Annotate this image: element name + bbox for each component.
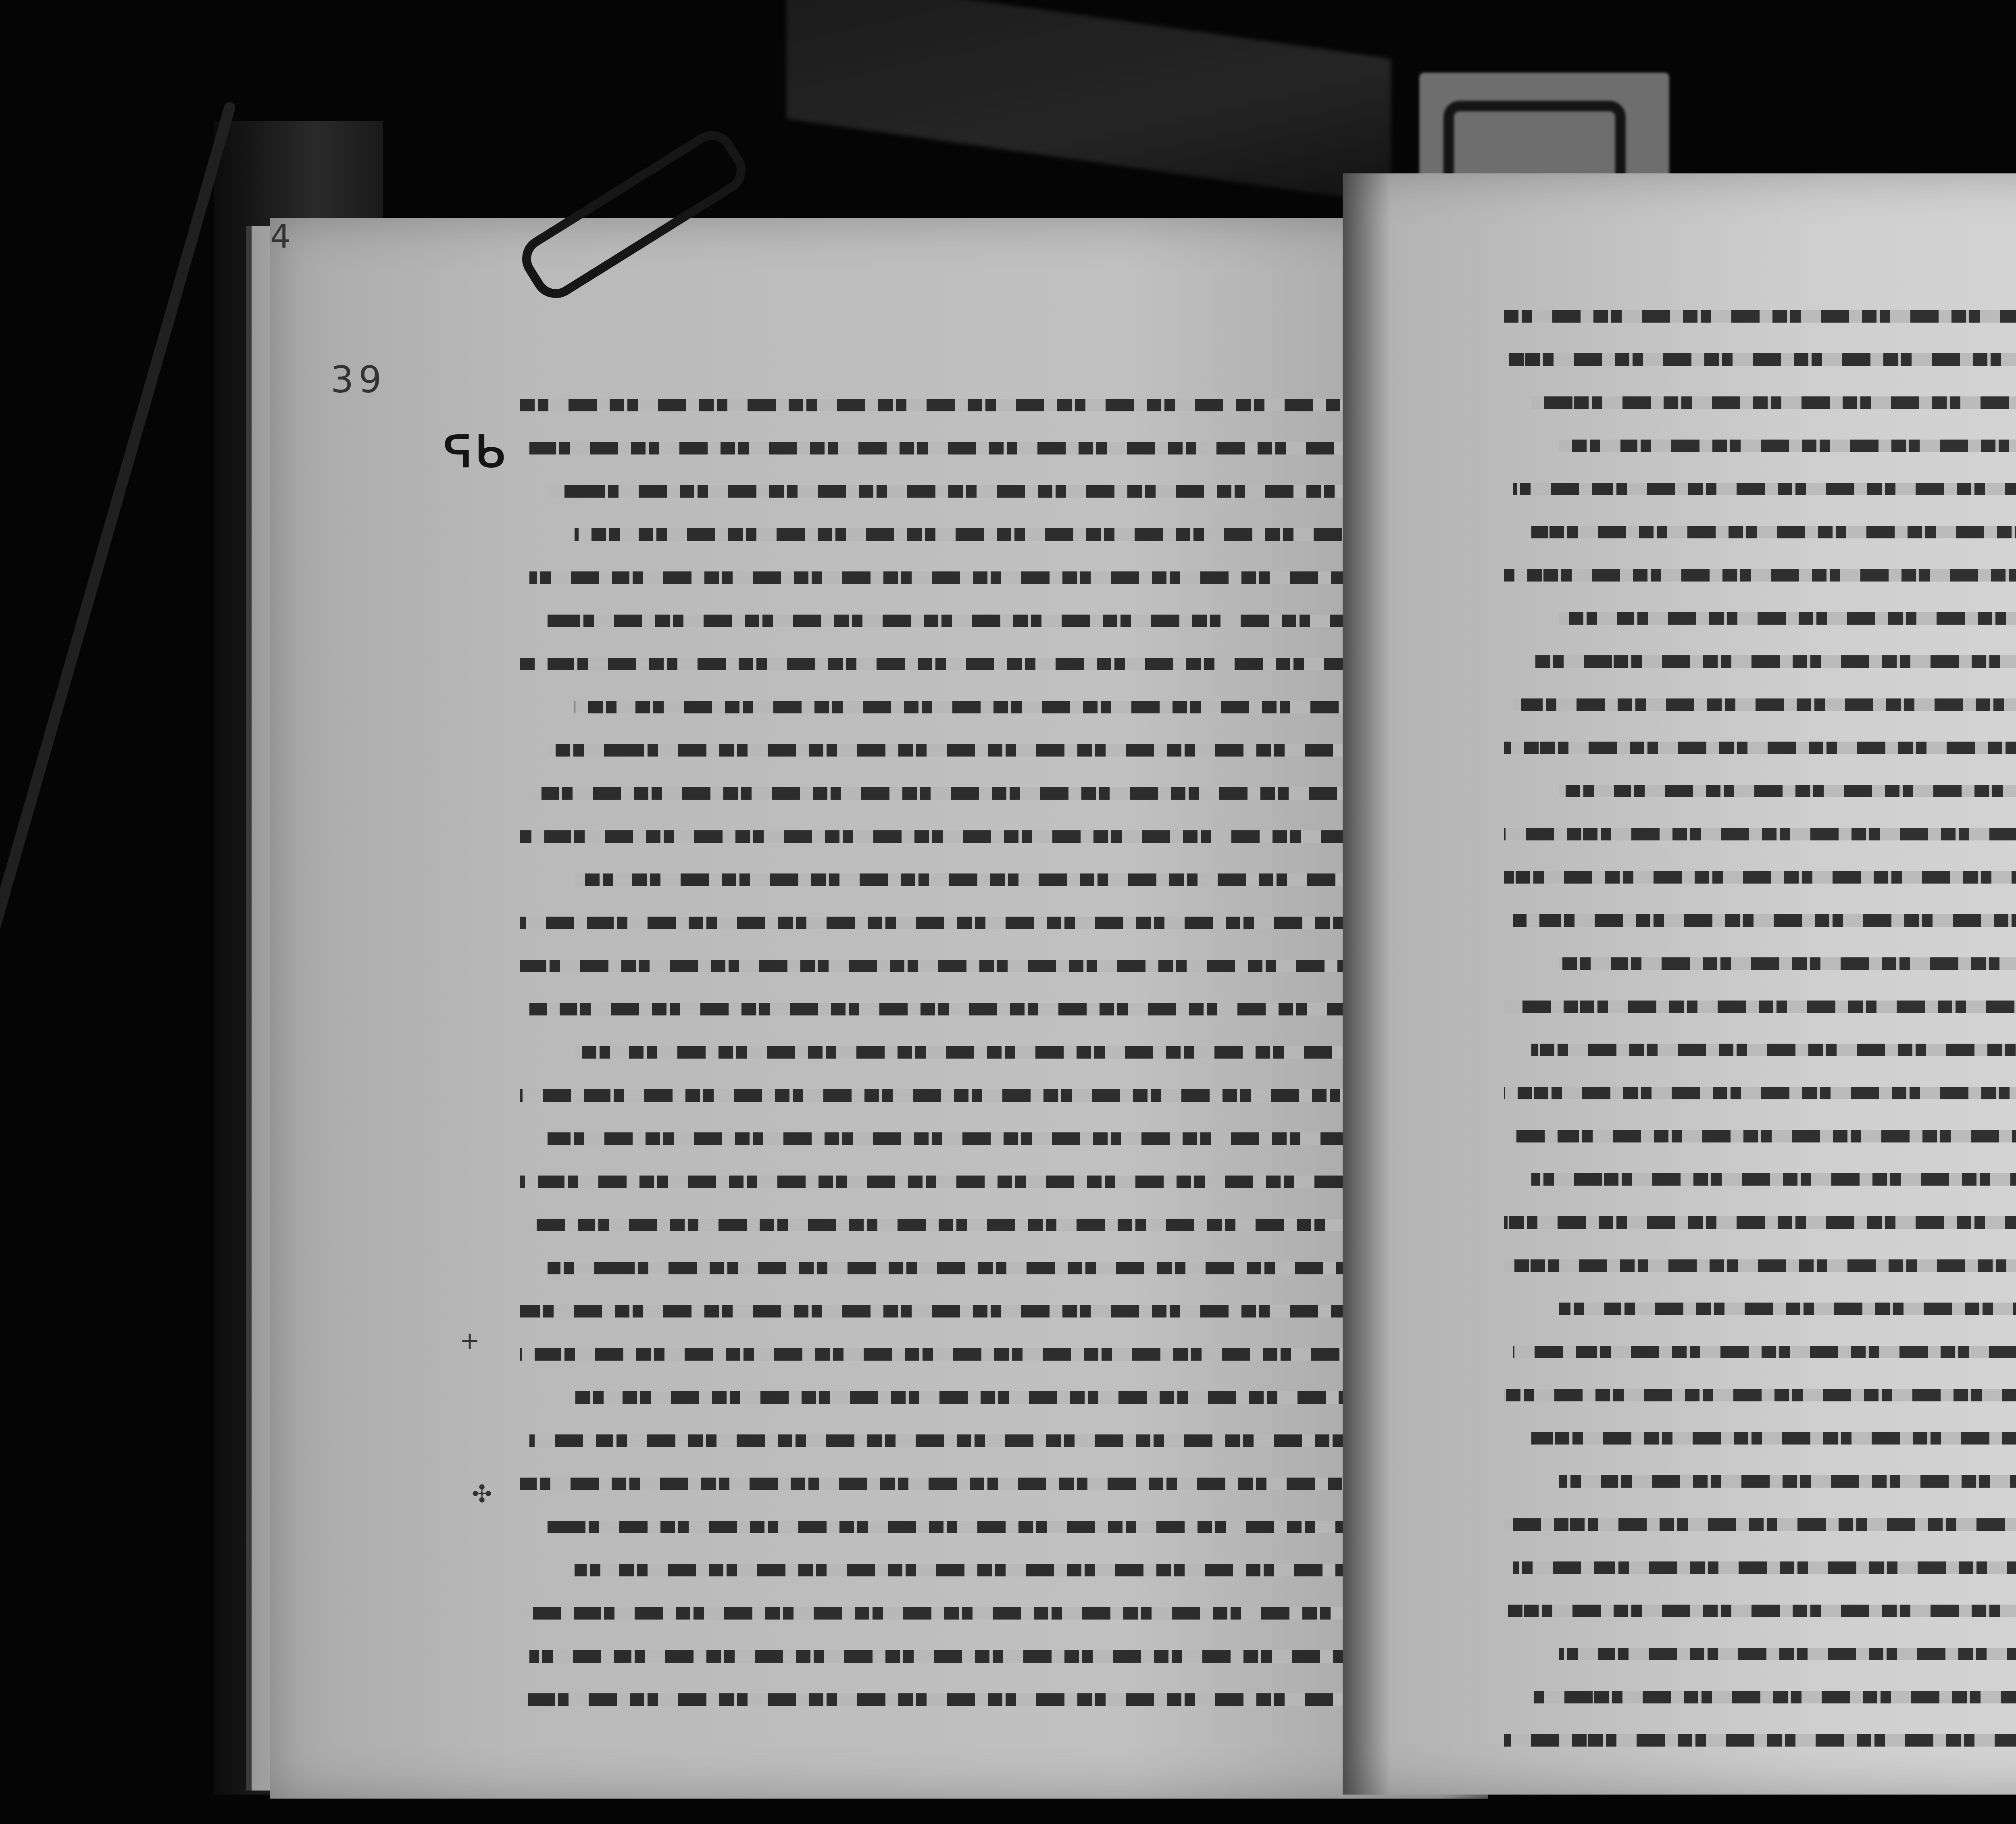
manuscript-text-line	[548, 1125, 1428, 1150]
script-ascenders	[520, 1583, 1427, 1624]
manuscript-text-line	[529, 1427, 1428, 1452]
script-ascenders	[1513, 1106, 2016, 1147]
manuscript-text-line	[1559, 605, 2016, 630]
script-ascenders	[1531, 1149, 2016, 1190]
script-ascenders	[1559, 1451, 2016, 1493]
script-ascenders	[520, 893, 1427, 934]
script-ascenders	[1504, 977, 2016, 1018]
script-ascenders	[520, 1152, 1427, 1193]
script-ascenders	[1504, 847, 2016, 888]
script-ascenders	[520, 418, 1427, 459]
manuscript-text-line	[520, 1599, 1427, 1624]
manuscript-text-line	[1504, 1726, 2016, 1751]
manuscript-text-line	[529, 1211, 1428, 1236]
script-ascenders	[1504, 804, 2016, 845]
script-ascenders	[529, 1411, 1428, 1452]
manuscript-text-line	[548, 1513, 1428, 1538]
manuscript-text-line	[520, 434, 1427, 459]
manuscript-text-line	[1504, 1597, 2016, 1622]
manuscript-text-line	[1504, 1381, 2016, 1406]
script-ascenders	[1513, 675, 2016, 716]
script-ascenders	[1531, 1667, 2016, 1708]
manuscript-text-line	[1559, 1468, 2016, 1493]
manuscript-text-line	[529, 780, 1428, 805]
script-ascenders	[575, 1540, 1427, 1581]
manuscript-text-line	[520, 1340, 1427, 1365]
script-ascenders	[1531, 632, 2016, 673]
script-ascenders	[1531, 1020, 2016, 1061]
manuscript-text-line	[575, 866, 1427, 891]
manuscript-text-line	[1531, 1036, 2016, 1061]
script-ascenders	[1513, 1538, 2016, 1579]
manuscript-text-line	[520, 1168, 1427, 1193]
script-ascenders	[520, 1065, 1427, 1107]
script-ascenders	[1513, 1322, 2016, 1363]
script-ascenders	[1504, 329, 2016, 371]
manuscript-text-line	[520, 1297, 1427, 1322]
script-ascenders	[548, 461, 1428, 502]
marginal-mark-icon: ✣	[472, 1480, 492, 1508]
manuscript-text-line	[520, 391, 1427, 416]
manuscript-text-line	[575, 1384, 1427, 1409]
section-mark-icon: ᖅ	[439, 419, 506, 513]
manuscript-text-line	[1531, 1683, 2016, 1708]
script-ascenders	[1531, 373, 2016, 414]
script-ascenders	[520, 1454, 1427, 1495]
manuscript-text-line	[1513, 691, 2016, 716]
manuscript-text-line	[1504, 993, 2016, 1018]
manuscript-text-line	[520, 1470, 1427, 1495]
marginal-cross-icon: +	[460, 1327, 480, 1355]
script-ascenders	[1504, 1710, 2016, 1751]
script-ascenders	[1504, 1063, 2016, 1104]
manuscript-text-line	[1504, 1079, 2016, 1104]
script-ascenders	[1559, 934, 2016, 975]
manuscript-text-line	[1513, 1338, 2016, 1363]
script-ascenders	[520, 936, 1427, 977]
script-ascenders	[1504, 1495, 2016, 1536]
manuscript-text-line	[1504, 734, 2016, 759]
script-ascenders	[520, 1324, 1427, 1365]
script-ascenders	[1513, 459, 2016, 500]
manuscript-text-line	[575, 1038, 1427, 1063]
manuscript-text-line	[529, 1643, 1428, 1668]
script-ascenders	[548, 1238, 1428, 1279]
manuscript-text-line	[575, 521, 1427, 546]
manuscript-text-line	[1531, 389, 2016, 414]
script-ascenders	[1504, 718, 2016, 759]
script-ascenders	[575, 1022, 1427, 1063]
manuscript-text-line	[520, 1686, 1427, 1711]
script-ascenders	[1504, 1192, 2016, 1234]
manuscript-text-line	[520, 650, 1427, 675]
right-text-block	[1504, 302, 2016, 1770]
script-ascenders	[1504, 1581, 2016, 1622]
script-ascenders	[529, 763, 1428, 805]
open-manuscript: 4 39 ᖅ + ✣ 38 ⁘ + + + +	[198, 121, 2016, 1795]
manuscript-text-line	[529, 564, 1428, 589]
manuscript-text-line	[548, 736, 1428, 761]
manuscript-text-line	[1513, 1554, 2016, 1579]
manuscript-text-line	[548, 477, 1428, 502]
script-ascenders	[529, 1195, 1428, 1236]
manuscript-text-line	[1504, 1252, 2016, 1277]
script-ascenders	[575, 850, 1427, 891]
manuscript-text-line	[1513, 907, 2016, 932]
manuscript-text-line	[575, 1556, 1427, 1581]
script-ascenders	[529, 548, 1428, 589]
manuscript-text-line	[548, 1254, 1428, 1279]
manuscript-text-line	[1531, 648, 2016, 673]
script-ascenders	[1531, 1408, 2016, 1449]
manuscript-text-line	[1504, 346, 2016, 371]
manuscript-text-line	[1559, 777, 2016, 802]
manuscript-text-line	[575, 693, 1427, 718]
script-ascenders	[1504, 1365, 2016, 1406]
script-ascenders	[1559, 761, 2016, 802]
script-ascenders	[520, 634, 1427, 675]
manuscript-text-line	[1513, 1122, 2016, 1147]
manuscript-text-line	[529, 995, 1428, 1020]
script-ascenders	[1504, 286, 2016, 327]
manuscript-text-line	[520, 823, 1427, 848]
script-ascenders	[1504, 1236, 2016, 1277]
manuscript-text-line	[1559, 432, 2016, 457]
manuscript-text-line	[1504, 561, 2016, 586]
script-ascenders	[1559, 588, 2016, 630]
manuscript-text-line	[1559, 950, 2016, 975]
manuscript-text-line	[520, 1082, 1427, 1107]
manuscript-text-line	[1504, 302, 2016, 327]
left-leaf-number: 4	[270, 218, 296, 255]
photograph-scene: 4 39 ᖅ + ✣ 38 ⁘ + + + +	[0, 0, 2016, 1824]
manuscript-text-line	[1513, 475, 2016, 500]
manuscript-text-line	[1531, 518, 2016, 543]
script-ascenders	[575, 1367, 1427, 1409]
manuscript-text-line	[520, 952, 1427, 977]
manuscript-text-line	[1504, 1209, 2016, 1234]
script-ascenders	[520, 1670, 1427, 1711]
script-ascenders	[1531, 502, 2016, 543]
script-ascenders	[529, 979, 1428, 1020]
script-ascenders	[548, 591, 1428, 632]
script-ascenders	[529, 1626, 1428, 1668]
script-ascenders	[520, 807, 1427, 848]
script-ascenders	[1504, 545, 2016, 586]
left-folio-number: 39	[331, 359, 387, 401]
right-page: 38 ⁘ + + + +	[1343, 173, 2016, 1795]
script-ascenders	[1513, 890, 2016, 932]
manuscript-text-line	[1559, 1295, 2016, 1320]
script-ascenders	[548, 1497, 1428, 1538]
manuscript-text-line	[1559, 1640, 2016, 1665]
manuscript-text-line	[1504, 1511, 2016, 1536]
manuscript-text-line	[520, 909, 1427, 934]
script-ascenders	[548, 1109, 1428, 1150]
script-ascenders	[575, 677, 1427, 718]
left-text-block	[520, 391, 1427, 1729]
script-ascenders	[520, 1281, 1427, 1322]
script-ascenders	[575, 504, 1427, 546]
manuscript-text-line	[1531, 1424, 2016, 1449]
script-ascenders	[548, 720, 1428, 761]
script-ascenders	[1559, 416, 2016, 457]
manuscript-text-line	[1504, 820, 2016, 845]
script-ascenders	[520, 375, 1427, 416]
manuscript-text-line	[1531, 1165, 2016, 1190]
script-ascenders	[1559, 1279, 2016, 1320]
manuscript-text-line	[548, 607, 1428, 632]
script-ascenders	[1559, 1624, 2016, 1665]
manuscript-text-line	[1504, 863, 2016, 888]
left-page: 4 39 ᖅ + ✣	[270, 218, 1488, 1799]
